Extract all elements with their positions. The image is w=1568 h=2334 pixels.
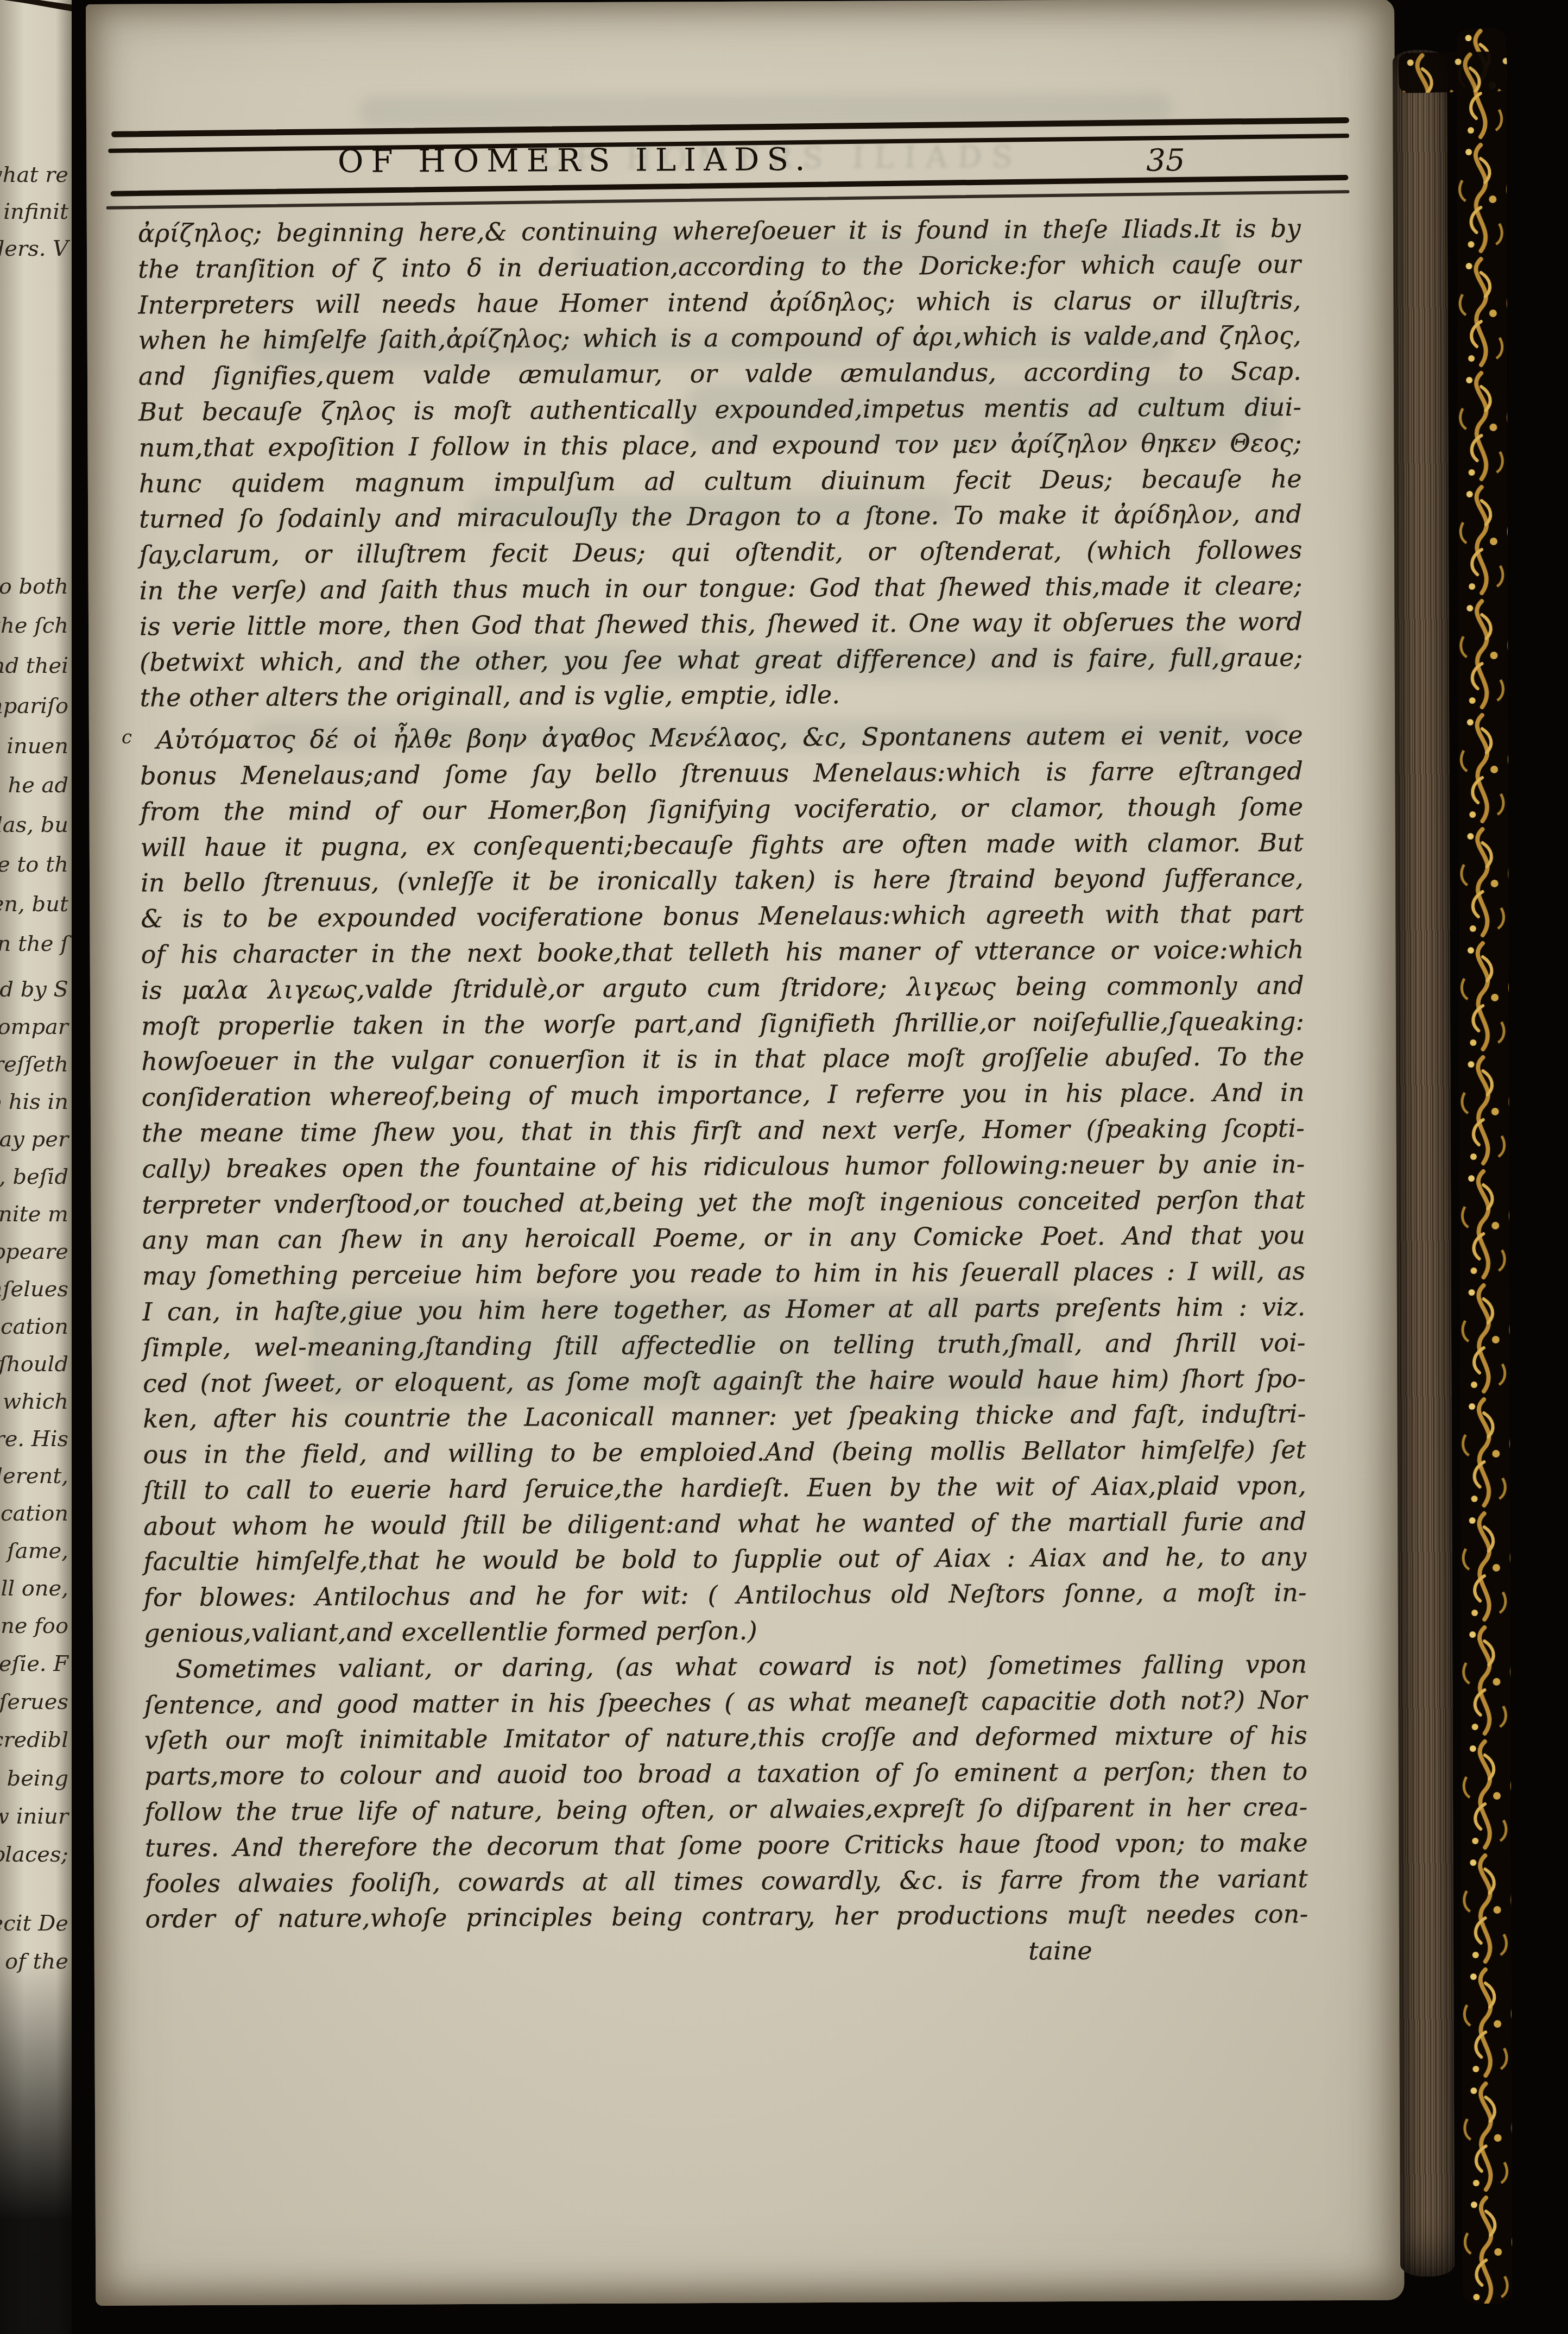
facing-page-fragment: do I, alas, bu — [0, 813, 68, 837]
text-line: ſimple, wel-meaning,ſtanding ſtill affec… — [143, 1325, 1306, 1366]
text-line: order of nature,whoſe principles being c… — [145, 1897, 1308, 1938]
facing-page-fragment: f builders. V — [0, 237, 68, 261]
gilt-pattern — [1398, 51, 1507, 93]
text-line: of his character in the next booke,that … — [141, 932, 1304, 973]
facing-page-fragment: his application — [0, 1315, 68, 1339]
facing-page-fragment: me then, but — [0, 892, 68, 916]
facing-page-fragment: mer expreſſeth — [0, 1052, 68, 1076]
paragraph: Αὐτόματος δέ οἱ ἦλθε βοην ἀγαθος Μενέλαο… — [140, 717, 1307, 1651]
gilt-cover-edge — [1457, 28, 1513, 2304]
facing-page-fragment: n of the compar — [0, 1015, 68, 1039]
text-line: follow the true life of nature, being of… — [144, 1789, 1307, 1830]
text-line: conſideration whereof,being of much impo… — [142, 1075, 1305, 1115]
text-line: (betwixt which, and the other, you ſee w… — [140, 640, 1303, 680]
text-line: ſentence, and good matter in his ſpeeche… — [144, 1682, 1307, 1723]
text-line: & is to be expounded vociferatione bonus… — [141, 896, 1304, 937]
text-line: terpreter vnderſtood,or touched at,being… — [142, 1182, 1305, 1223]
text-line: Αὐτόματος δέ οἱ ἦλθε βοην ἀγαθος Μενέλαο… — [140, 717, 1303, 758]
facing-page-fragment: a Simile, which — [0, 1390, 68, 1414]
catchword: taine — [146, 1932, 1308, 1973]
facing-page-fragment: halt of one foo — [0, 1614, 68, 1638]
text-line: bonus Menelaus;and ſome ſay bello ſtrenu… — [140, 753, 1303, 794]
text-line: ἀρίζηλος; beginning here,& continuing wh… — [138, 211, 1301, 251]
facing-page-fragment: eſpóderent, — [0, 1464, 68, 1488]
facing-page-fragment: of Poeſie. F — [0, 1652, 68, 1676]
facing-page-fragment: containd thei — [0, 654, 68, 678]
text-line: vſeth our moſt inimitable Imitator of na… — [144, 1718, 1307, 1759]
text-line: ſtill to call to euerie hard ſeruice,the… — [143, 1468, 1306, 1509]
facing-page-fragment: e leaues to his in — [0, 1090, 68, 1114]
text-line: and ſignifies,quem valde æmulamur, or va… — [138, 354, 1301, 394]
text-line: Sometimes valiant, or daring, (as what c… — [144, 1647, 1307, 1687]
text-line: for blowes: Antilochus and he for wit: (… — [144, 1575, 1307, 1616]
facing-page-rule — [0, 0, 72, 12]
paragraph: Sometimes valiant, or daring, (as what c… — [144, 1647, 1308, 1938]
text-line: is verie little more, then God that ſhew… — [140, 604, 1303, 645]
facing-page-fragment: which ſerues — [0, 1690, 68, 1714]
running-head-title: OF HOMERS ILIADS. — [271, 138, 879, 183]
fore-edge — [1393, 50, 1455, 2276]
text-block: ἀρίζηλος; beginning here,& continuing wh… — [138, 211, 1308, 1973]
facing-page-fragment: more the ſame, — [0, 1539, 68, 1563]
facing-page-fragment: I inſiſt on the ſ — [0, 932, 68, 956]
text-line: But becauſe ζηλος is moſt authentically … — [138, 389, 1301, 430]
facing-page-fragment: full compariſo — [0, 694, 68, 718]
facing-page-fragment: at there appeare — [0, 1240, 68, 1264]
facing-page-fragment: rence of the ſch — [0, 614, 68, 638]
facing-page-fragment: laudicare. His — [0, 1427, 68, 1451]
text-line: facultie himſelfe,that he would be bold … — [143, 1540, 1306, 1580]
text-line: ſay,clarum, or illuſtrem fecit Deus; qui… — [139, 532, 1302, 573]
text-line: ken, after his countrie the Laconicall m… — [143, 1397, 1306, 1437]
text-line: turned ſo ſodainly and miraculouſly the … — [139, 497, 1302, 538]
text-line: is μαλα λιγεως,valde ſtridulè,or arguto … — [141, 968, 1304, 1008]
facing-page-fragment: em) fecit De — [0, 1912, 68, 1935]
text-line: hunc quidem magnum impulſum ad cultum di… — [139, 461, 1302, 502]
facing-page-fragment: rs are all one, — [0, 1576, 68, 1600]
text-line: the tranſition of ζ into δ in deriuation… — [138, 247, 1301, 287]
text-line: I can, in haſte,giue you him here togeth… — [142, 1289, 1305, 1330]
text-line: ced (not ſweet, or eloquent, as ſome moſ… — [143, 1361, 1306, 1402]
left-page-sliver: vith what reſe the infinitf builders. Vd… — [0, 0, 72, 2334]
facing-page-fragment: es the infinite m — [0, 1202, 68, 1226]
facing-page-fragment: The incredibl — [0, 1728, 68, 1752]
text-line: from the mind of our Homer,βοη ſignifyin… — [140, 789, 1303, 830]
text-line: may ſomething perceiue him before you re… — [142, 1253, 1305, 1294]
text-line: num,that expoſition I follow in this pla… — [138, 425, 1301, 466]
facing-page-fragment: ce a man may per — [0, 1127, 68, 1151]
sliver-shadow — [0, 1955, 72, 2334]
text-line: in bello ſtrenuus, (vnleſſe it be ironic… — [141, 861, 1304, 901]
text-line: fooles alwaies fooliſh, cowards at all t… — [145, 1861, 1308, 1902]
facing-page-fragment: e, come to th — [0, 853, 68, 876]
paragraph: ἀρίζηλος; beginning here,& continuing wh… — [138, 211, 1303, 716]
facing-page-fragment: ch is noted by S — [0, 977, 68, 1001]
facing-page-fragment: d deepe places; — [0, 1843, 68, 1866]
facing-page-fragment: rſing themſelues — [0, 1277, 68, 1301]
facing-page-fragment: ſe the infinit — [0, 200, 68, 224]
facing-page-fragment: :and how iniur — [0, 1805, 68, 1828]
text-line: genious,valiant,and excellentlie formed … — [144, 1611, 1307, 1651]
text-line: tures. And therefore the decorum that ſo… — [145, 1825, 1308, 1866]
book-page: OF HOMERS ILIADS OF HOMERS ILIADS. 35 c … — [86, 0, 1404, 2306]
margin-note: c — [122, 727, 132, 748]
text-line: the meane time ſhew you, that in this fi… — [142, 1111, 1305, 1151]
text-line: when he himſelfe ſaith,ἀρίζηλος; which i… — [138, 318, 1301, 359]
facing-page-fragment: dge if to both — [0, 575, 68, 598]
text-line: any man can ſhew in any heroicall Poeme,… — [142, 1218, 1305, 1259]
text-line: in the verſe) and ſaith thus much in our… — [140, 568, 1303, 609]
facing-page-fragment: all application — [0, 1502, 68, 1525]
text-line: will haue it pugna, ex conſequenti;becau… — [141, 825, 1304, 866]
text-line: about whom he would ſtill be diligent:an… — [143, 1504, 1306, 1544]
facing-page-fragment: at which he ad — [0, 773, 68, 797]
facing-page-fragment: vith what re — [0, 163, 68, 187]
gilt-pattern — [1457, 28, 1513, 2304]
gilt-head-edge — [1398, 51, 1507, 93]
page-number: 35 — [1146, 143, 1222, 179]
facing-page-fragment: miles, being — [0, 1767, 68, 1790]
text-line: the other alters the originall, and is v… — [140, 676, 1303, 716]
facing-page-fragment: And here, beſid — [0, 1165, 68, 1189]
text-line: Interpreters will needs haue Homer inten… — [138, 282, 1301, 323]
text-line: howſoeuer in the vulgar conuerſion it is… — [141, 1039, 1304, 1080]
text-line: parts,more to colour and auoid too broad… — [144, 1753, 1307, 1794]
text-line: ous in the field, and willing to be empl… — [143, 1432, 1306, 1473]
text-line: moſt properlie taken in the worſe part,a… — [141, 1004, 1304, 1044]
text-line: cally) breakes open the fountaine of his… — [142, 1146, 1305, 1187]
facing-page-fragment: ariſon, ſhould — [0, 1352, 68, 1376]
facing-page-fragment: ion; his inuen — [0, 734, 68, 758]
